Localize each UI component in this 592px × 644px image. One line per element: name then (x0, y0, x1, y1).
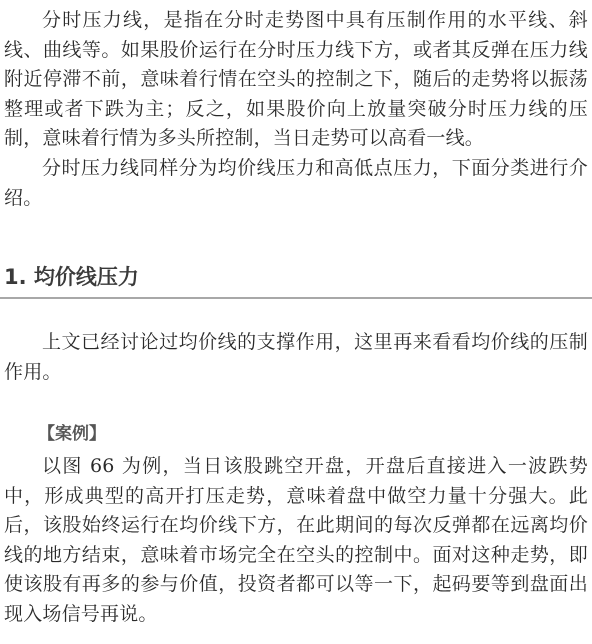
section-intro-paragraph: 上文已经讨论过均价线的支撑作用，这里再来看看均价线的压制作用。 (4, 328, 588, 387)
classification-paragraph: 分时压力线同样分为均价线压力和高低点压力，下面分类进行介绍。 (4, 154, 588, 213)
intro-paragraph: 分时压力线，是指在分时走势图中具有压制作用的水平线、斜线、曲线等。如果股价运行在… (4, 6, 588, 154)
example-paragraph: 以图 66 为例，当日该股跳空开盘，开盘后直接进入一波跌势中，形成典型的高开打压… (4, 452, 588, 630)
heading-divider (0, 297, 592, 299)
example-label: 【案例】 (38, 421, 106, 447)
section-heading: 1. 均价线压力 (4, 262, 588, 292)
document-page: 分时压力线，是指在分时走势图中具有压制作用的水平线、斜线、曲线等。如果股价运行在… (0, 0, 592, 644)
